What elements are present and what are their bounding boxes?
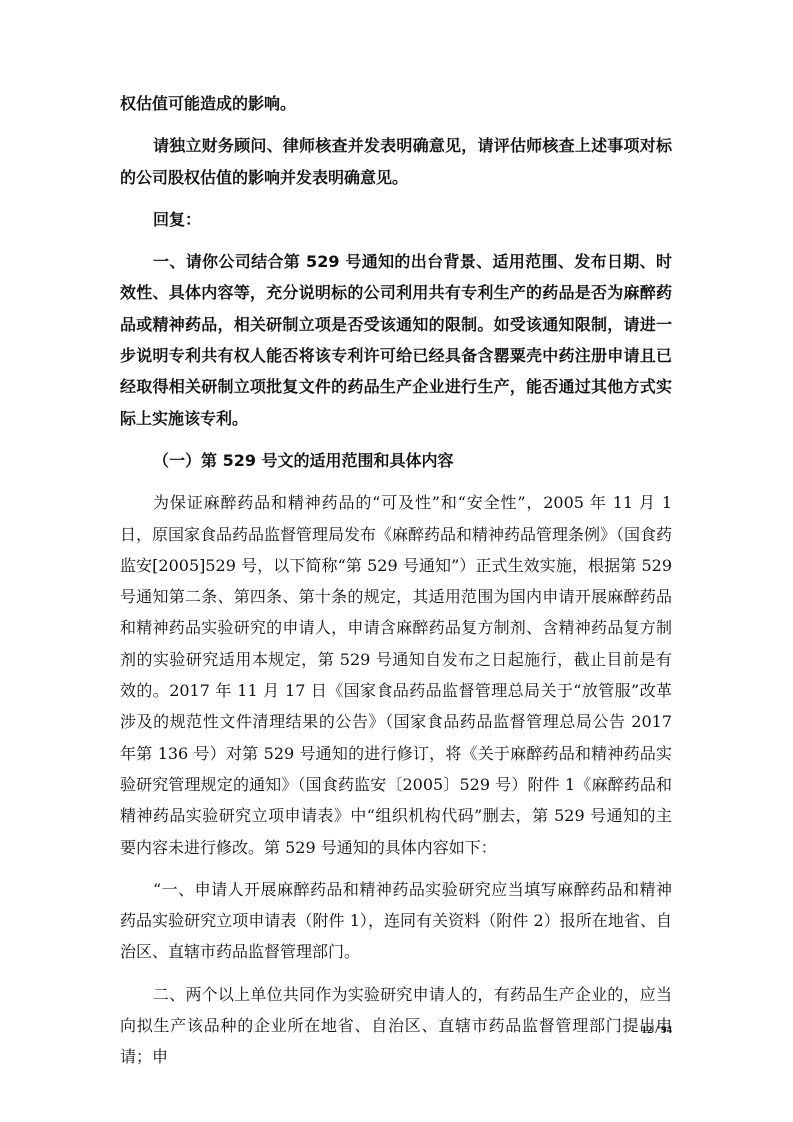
document-page: 权估值可能造成的影响。 请独立财务顾问、律师核查并发表明确意见，请评估师核查上述…: [120, 88, 672, 1073]
subsection-title: （一）第 529 号文的适用范围和具体内容: [120, 445, 672, 476]
quote-paragraph: “一、申请人开展麻醉药品和精神药品实验研究应当填写麻醉药品和精神药品实验研究立项…: [120, 874, 672, 968]
quote-paragraph: 二、两个以上单位共同作为实验研究申请人的，有药品生产企业的，应当向拟生产该品种的…: [120, 979, 672, 1073]
section-one-title: 一、请你公司结合第 529 号通知的出台背景、适用范围、发布日期、时效性、具体内…: [120, 246, 672, 434]
body-paragraph: 为保证麻醉药品和精神药品的“可及性”和“安全性”，2005 年 11 月 1 日…: [120, 487, 672, 863]
question-request-paragraph: 请独立财务顾问、律师核查并发表明确意见，请评估师核查上述事项对标的公司股权估值的…: [120, 130, 672, 193]
page-number: 12 / 94: [641, 1024, 672, 1036]
reply-label: 回复：: [120, 204, 672, 235]
question-tail-paragraph: 权估值可能造成的影响。: [120, 88, 672, 119]
